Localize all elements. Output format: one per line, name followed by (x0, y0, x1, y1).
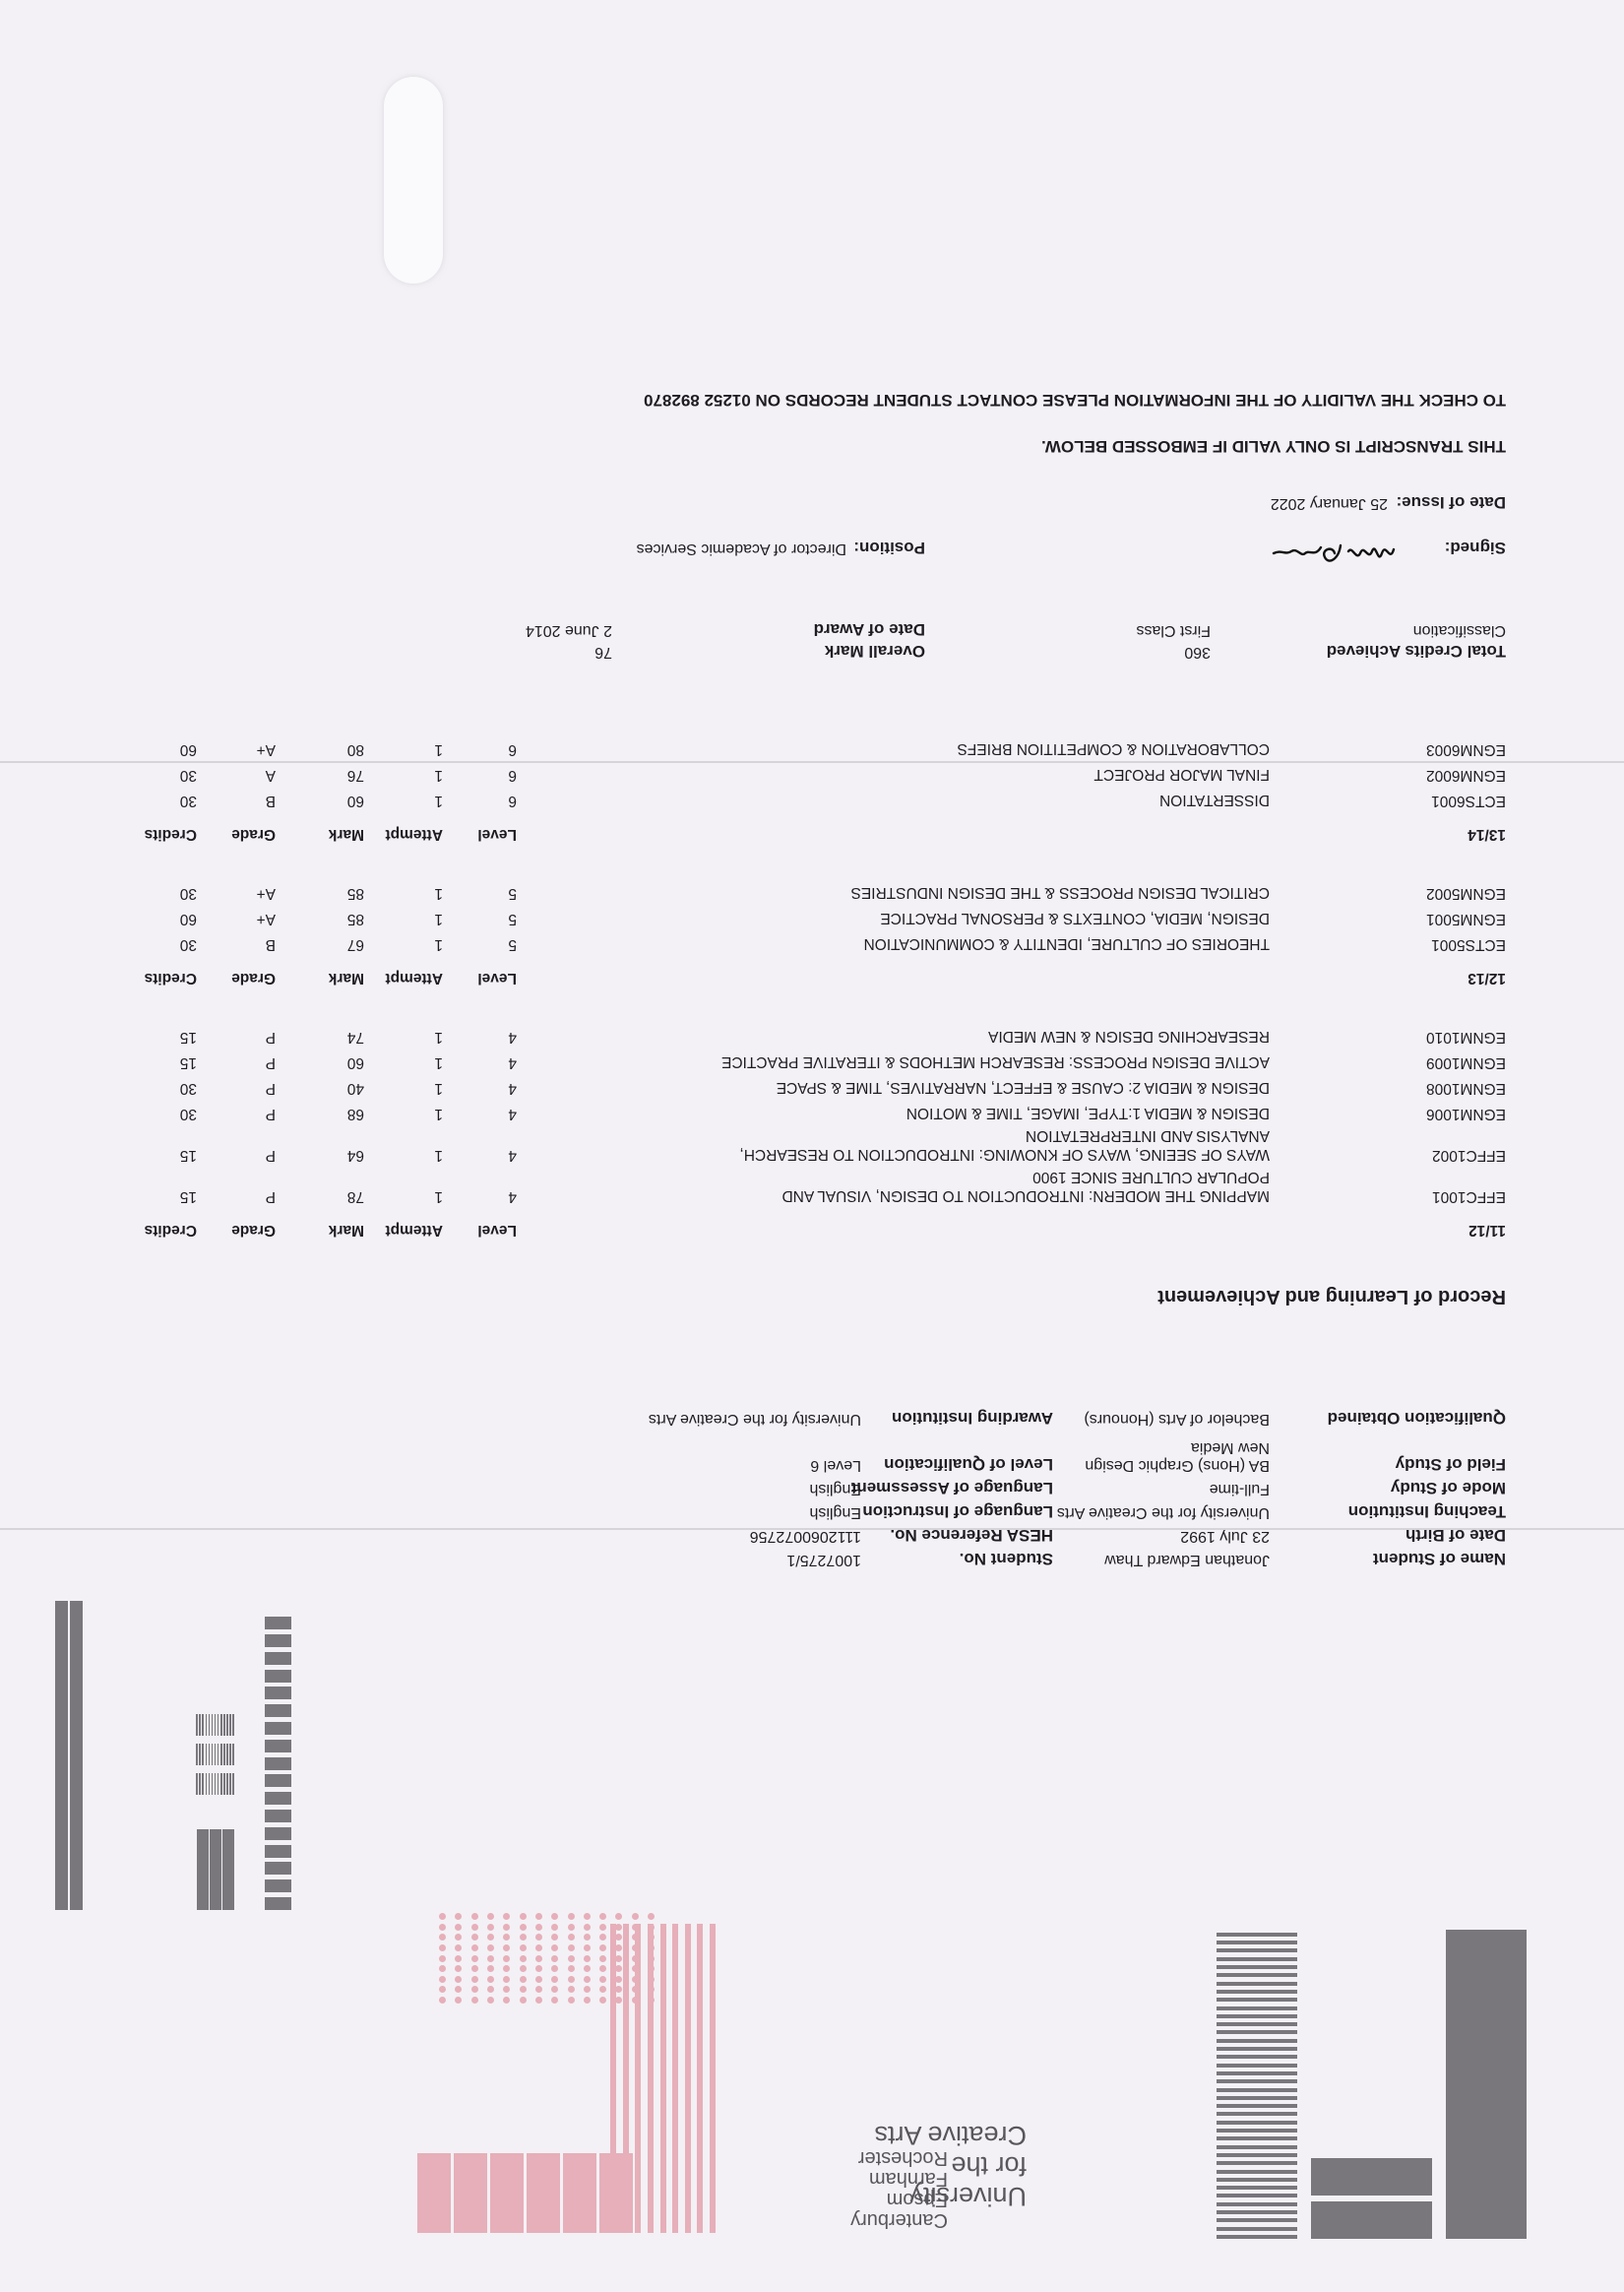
pink-block (454, 2153, 487, 2233)
pink-dot (648, 1997, 655, 2004)
stripe (223, 1714, 225, 1736)
module-title: DESIGN & MEDIA 2: CAUSE & EFFECT, NARRAT… (718, 1078, 1270, 1097)
pink-dot (648, 1986, 655, 1993)
module-grade: P (266, 1028, 276, 1046)
stripe (265, 1774, 291, 1787)
pink-dot-grid (430, 1910, 655, 2004)
pink-dot (551, 1997, 558, 2004)
pink-dot (599, 1934, 606, 1941)
pink-dot (520, 1913, 527, 1920)
module-grade: A (266, 766, 276, 784)
pink-dot (568, 1934, 575, 1941)
module-attempt: 1 (434, 884, 443, 902)
position: Director of Academic Services (637, 540, 846, 557)
pink-dot (584, 1997, 591, 2004)
pink-dot (439, 1997, 446, 2004)
module-code: EGNM5002 (1426, 884, 1506, 902)
module-attempt: 1 (434, 935, 443, 953)
signature-icon (1270, 532, 1398, 571)
awarding-label: Awarding Institution (892, 1408, 1053, 1428)
stripe (1217, 2195, 1297, 2198)
module-attempt: 1 (434, 740, 443, 758)
pink-dot (455, 1944, 462, 1951)
module-level: 4 (508, 1105, 517, 1122)
column-header: Grade (231, 825, 276, 843)
pink-dot (535, 1944, 542, 1951)
pink-block (490, 2153, 524, 2233)
column-header: Level (477, 1221, 517, 1239)
pink-dot (568, 1965, 575, 1972)
stripe (223, 1773, 225, 1795)
module-title: WAYS OF SEEING, WAYS OF KNOWING: INTRODU… (718, 1126, 1270, 1164)
pink-dot (551, 1913, 558, 1920)
module-mark: 60 (347, 792, 364, 809)
stripe (265, 1652, 291, 1665)
stripe (218, 1773, 219, 1795)
pink-dot (487, 1965, 494, 1972)
stripe (226, 1744, 228, 1765)
mode-of-study: Full-time (1210, 1480, 1270, 1497)
pink-dot (535, 1976, 542, 1983)
qualification-label: Qualification Obtained (1328, 1408, 1506, 1428)
stripe (1217, 1982, 1297, 1986)
module-code: EGNM1008 (1426, 1079, 1506, 1097)
pink-dot (487, 1976, 494, 1983)
pink-dot (439, 1976, 446, 1983)
logo-bar-short-1 (1311, 2201, 1432, 2239)
stripe (265, 1687, 291, 1699)
module-grade: B (266, 792, 276, 809)
stripe (265, 1722, 291, 1735)
pink-blocks (416, 2153, 633, 2233)
pink-dot (439, 1934, 446, 1941)
stripe (265, 1897, 291, 1910)
pink-dot (615, 1955, 622, 1962)
gray-bar-1 (70, 1601, 83, 1910)
stripe (215, 1773, 217, 1795)
level-label: Level of Qualification (884, 1454, 1053, 1474)
pink-dot (455, 1997, 462, 2004)
stripe (226, 1773, 228, 1795)
pink-dot (471, 1944, 478, 1951)
module-credits: 30 (180, 884, 197, 902)
stripe (232, 1744, 234, 1765)
classification: First Class (1136, 621, 1211, 639)
pink-dot (648, 1944, 655, 1951)
module-level: 5 (508, 935, 517, 953)
pink-dot (568, 1913, 575, 1920)
stripe (1217, 2079, 1297, 2083)
module-credits: 30 (180, 1079, 197, 1097)
module-credits: 30 (180, 766, 197, 784)
embossed-notice: THIS TRANSCRIPT IS ONLY VALID IF EMBOSSE… (1041, 436, 1506, 456)
module-code: EGNM6002 (1426, 766, 1506, 784)
pink-dot (503, 1913, 510, 1920)
stripe (202, 1714, 204, 1736)
module-title: DISSERTATION (718, 791, 1270, 809)
stripe (1217, 2022, 1297, 2026)
column-header: Mark (329, 969, 364, 987)
module-title: ACTIVE DESIGN PROCESS: RESEARCH METHODS … (718, 1052, 1270, 1071)
stripe (1217, 1990, 1297, 1994)
pink-dot (487, 1913, 494, 1920)
pink-dot (615, 1965, 622, 1972)
stripe (232, 1714, 234, 1736)
pink-dot (455, 1934, 462, 1941)
overall-mark-label: Overall Mark (825, 641, 925, 661)
stripe (1217, 2210, 1297, 2214)
pink-dot (535, 1986, 542, 1993)
pink-dot (599, 1997, 606, 2004)
pink-dot (632, 1934, 639, 1941)
pink-dot (599, 1913, 606, 1920)
position-label: Position: (853, 538, 925, 557)
module-level: 4 (508, 1028, 517, 1046)
pink-dot (455, 1986, 462, 1993)
stripe (265, 1634, 291, 1647)
stripe (199, 1714, 201, 1736)
module-level: 5 (508, 884, 517, 902)
pink-dot (503, 1965, 510, 1972)
student-details: Name of Student Jonathan Edward Thaw Stu… (226, 1371, 1506, 1568)
pink-dot (471, 1924, 478, 1931)
pink-dot (551, 1965, 558, 1972)
pink-dot (471, 1976, 478, 1983)
stripe (1217, 2121, 1297, 2125)
logo-bar-tall (1446, 1930, 1527, 2239)
stripe (1217, 2088, 1297, 2092)
stripe (1217, 2153, 1297, 2157)
instruction-lang-label: Language of Instruction (862, 1501, 1053, 1521)
pink-dot (487, 1955, 494, 1962)
module-grade: P (266, 1053, 276, 1071)
pink-dot (503, 1924, 510, 1931)
stripe (1217, 2064, 1297, 2068)
column-header: Level (477, 825, 517, 843)
stripe (1217, 2170, 1297, 2174)
module-attempt: 1 (434, 1187, 443, 1205)
stripe (206, 1773, 208, 1795)
module-code: EFFC1002 (1432, 1146, 1506, 1164)
pink-dot (487, 1986, 494, 1993)
module-credits: 15 (180, 1146, 197, 1164)
pink-dot (648, 1934, 655, 1941)
pink-dot (487, 1944, 494, 1951)
module-title: MAPPING THE MODERN: INTRODUCTION TO DESI… (718, 1168, 1270, 1205)
student-no-label: Student No. (960, 1549, 1053, 1568)
pink-dot (503, 1986, 510, 1993)
module-mark: 67 (347, 935, 364, 953)
total-credits-label: Total Credits Achieved (1327, 641, 1506, 661)
module-mark: 76 (347, 766, 364, 784)
date-award-label: Date of Award (814, 619, 925, 639)
pink-dot (632, 1965, 639, 1972)
pink-dot (503, 1997, 510, 2004)
gray-bar-2 (55, 1601, 68, 1910)
module-grade: A+ (257, 884, 276, 902)
gray-tick-blocks (195, 1657, 234, 1795)
module-mark: 85 (347, 884, 364, 902)
pink-dot (455, 1965, 462, 1972)
pink-block (563, 2153, 596, 2233)
stripe (215, 1714, 217, 1736)
pink-dot (455, 1913, 462, 1920)
pink-dot (615, 1944, 622, 1951)
pink-dot (503, 1934, 510, 1941)
pink-block (417, 2153, 451, 2233)
pink-dot (632, 1913, 639, 1920)
pink-dot (439, 1955, 446, 1962)
stripe (265, 1670, 291, 1683)
fold-line-lower (0, 1528, 1624, 1530)
pink-dot (599, 1924, 606, 1931)
module-mark: 64 (347, 1146, 364, 1164)
pink-dot (568, 1997, 575, 2004)
pink-dot (584, 1924, 591, 1931)
pink-dot (535, 1934, 542, 1941)
stripe (1217, 2113, 1297, 2117)
campus-farnham: Farnham (850, 2168, 948, 2189)
column-header: Credits (145, 1221, 197, 1239)
module-credits: 30 (180, 935, 197, 953)
pink-dot (520, 1986, 527, 1993)
stripe (1217, 2186, 1297, 2190)
pink-dot (439, 1965, 446, 1972)
pink-dot (568, 1944, 575, 1951)
module-credits: 30 (180, 792, 197, 809)
pink-dot (471, 1997, 478, 2004)
module-mark: 60 (347, 1053, 364, 1071)
column-header: Mark (329, 825, 364, 843)
module-mark: 74 (347, 1028, 364, 1046)
module-code: ECTS5001 (1431, 935, 1506, 953)
summary: Total Credits Achieved 360 Overall Mark … (226, 602, 1506, 661)
pink-dot (568, 1986, 575, 1993)
pink-dot (615, 1934, 622, 1941)
pink-dot (632, 1997, 639, 2004)
stripe (218, 1744, 219, 1765)
module-attempt: 1 (434, 1053, 443, 1071)
stripe (212, 1773, 214, 1795)
stripe (1217, 2129, 1297, 2133)
stripe (265, 1704, 291, 1717)
stripe (229, 1773, 231, 1795)
stripe (196, 1773, 198, 1795)
pink-dot (471, 1965, 478, 1972)
pink-dot (503, 1976, 510, 1983)
pink-dot (615, 1976, 622, 1983)
pink-dot (584, 1934, 591, 1941)
module-title: DESIGN & MEDIA 1:TYPE, IMAGE, TIME & MOT… (718, 1104, 1270, 1122)
module-grade: P (266, 1146, 276, 1164)
pink-dot (455, 1976, 462, 1983)
stripe (265, 1792, 291, 1805)
pink-dot (471, 1955, 478, 1962)
stripe (196, 1714, 198, 1736)
column-header: Mark (329, 1221, 364, 1239)
module-title: THEORIES OF CULTURE, IDENTITY & COMMUNIC… (718, 934, 1270, 953)
stripe (1217, 2145, 1297, 2149)
module-code: EGNM5001 (1426, 910, 1506, 927)
stripe (209, 1714, 211, 1736)
stripe (215, 1744, 217, 1765)
stripe (199, 1773, 201, 1795)
campus-epsom: Epsom (850, 2189, 948, 2209)
module-level: 4 (508, 1187, 517, 1205)
module-level: 4 (508, 1079, 517, 1097)
qualification: Bachelor of Arts (Honours) (1084, 1410, 1270, 1428)
pink-dot (487, 1924, 494, 1931)
pink-dot (551, 1924, 558, 1931)
stripe (232, 1773, 234, 1795)
module-credits: 15 (180, 1187, 197, 1205)
stripe (1217, 2039, 1297, 2043)
pink-dot (584, 1944, 591, 1951)
pink-dot (439, 1913, 446, 1920)
record-heading: Record of Learning and Achievement (1157, 1285, 1506, 1307)
pink-block (527, 2153, 560, 2233)
logo-bar-short-2 (1311, 2158, 1432, 2196)
pink-dot (615, 1913, 622, 1920)
contact-notice: TO CHECK THE VALIDITY OF THE INFORMATION… (644, 390, 1506, 410)
stripe (1217, 2178, 1297, 2182)
stripe (1217, 2136, 1297, 2140)
pink-dot (520, 1955, 527, 1962)
instruction-lang: English (810, 1503, 861, 1521)
module-title: FINAL MAJOR PROJECT (718, 765, 1270, 784)
logo-stripes (1217, 1930, 1297, 2239)
pink-dot (551, 1955, 558, 1962)
pink-dot (503, 1944, 510, 1951)
pink-dot (455, 1955, 462, 1962)
pink-dot (632, 1976, 639, 1983)
signed-label: Signed: (1445, 538, 1506, 557)
pink-dot (487, 1997, 494, 2004)
stripe (1217, 2161, 1297, 2165)
stripe (229, 1714, 231, 1736)
module-level: 5 (508, 910, 517, 927)
student-name: Jonathan Edward Thaw (1104, 1551, 1270, 1568)
pink-dot (535, 1997, 542, 2004)
pink-dot (471, 1986, 478, 1993)
pink-dot (568, 1976, 575, 1983)
stripe (220, 1744, 222, 1765)
name-label: Name of Student (1373, 1549, 1506, 1568)
module-mark: 85 (347, 910, 364, 927)
module-grade: P (266, 1187, 276, 1205)
column-header: Credits (145, 825, 197, 843)
stripe (660, 1924, 666, 2233)
gray-block-2 (210, 1829, 221, 1910)
stripe (265, 1827, 291, 1840)
column-header: Grade (231, 969, 276, 987)
assessment-lang: English (810, 1480, 861, 1497)
stripe (265, 1862, 291, 1875)
stripe (229, 1744, 231, 1765)
stripe (202, 1744, 204, 1765)
year-label: 13/14 (1468, 825, 1506, 843)
pink-dot (599, 1976, 606, 1983)
date-award: 2 June 2014 (526, 621, 612, 639)
pink-dot (439, 1924, 446, 1931)
stripe (1217, 2227, 1297, 2231)
stripe (265, 1757, 291, 1770)
stripe (218, 1714, 219, 1736)
module-attempt: 1 (434, 1105, 443, 1122)
stripe (202, 1773, 204, 1795)
module-attempt: 1 (434, 910, 443, 927)
pink-dot (648, 1976, 655, 1983)
stripe (265, 1740, 291, 1752)
pink-dot (520, 1976, 527, 1983)
pink-dot (648, 1965, 655, 1972)
pink-dot (632, 1955, 639, 1962)
stripe (226, 1714, 228, 1736)
stripe (1217, 2218, 1297, 2222)
stripe (265, 1617, 291, 1629)
stripe (1217, 2202, 1297, 2206)
stripe (1217, 1933, 1297, 1937)
total-credits: 360 (1184, 643, 1211, 661)
module-credits: 15 (180, 1028, 197, 1046)
stripe (1217, 2006, 1297, 2010)
date-issue-label: Date of Issue: (1397, 492, 1506, 512)
pink-dot (551, 1986, 558, 1993)
stripe (220, 1714, 222, 1736)
pink-dot (503, 1955, 510, 1962)
campus-canterbury: Canterbury (850, 2209, 948, 2230)
stripe (196, 1744, 198, 1765)
stripe (1217, 2047, 1297, 2051)
column-header: Level (477, 969, 517, 987)
module-title: CRITICAL DESIGN PROCESS & THE DESIGN IND… (718, 883, 1270, 902)
stripe (265, 1879, 291, 1892)
module-title: RESEARCHING DESIGN & NEW MEDIA (718, 1027, 1270, 1046)
classification-label: Classification (1413, 621, 1506, 639)
module-mark: 78 (347, 1187, 364, 1205)
stripe (685, 1924, 691, 2233)
pink-dot (599, 1965, 606, 1972)
pink-dot (551, 1934, 558, 1941)
module-grade: P (266, 1079, 276, 1097)
pink-dot (584, 1955, 591, 1962)
module-level: 4 (508, 1146, 517, 1164)
stripe (1217, 1949, 1297, 1953)
pink-dot (520, 1934, 527, 1941)
module-attempt: 1 (434, 1028, 443, 1046)
module-level: 4 (508, 1053, 517, 1071)
pink-dot (535, 1955, 542, 1962)
stripe (212, 1744, 214, 1765)
pink-dot (615, 1924, 622, 1931)
stripe (1217, 2031, 1297, 2035)
module-title: DESIGN, MEDIA, CONTEXTS & PERSONAL PRACT… (718, 909, 1270, 927)
field-line-1: BA (Hons) Graphic Design (1085, 1456, 1270, 1474)
pink-dot (551, 1976, 558, 1983)
pink-dot (520, 1924, 527, 1931)
pink-dot (584, 1913, 591, 1920)
column-header: Attempt (385, 969, 443, 987)
stripe (220, 1773, 222, 1795)
pink-dot (568, 1955, 575, 1962)
fold-line-upper (0, 761, 1624, 763)
column-header: Grade (231, 1221, 276, 1239)
stripe (1217, 2055, 1297, 2059)
pink-dot (568, 1924, 575, 1931)
module-mark: 40 (347, 1079, 364, 1097)
pink-dot (439, 1986, 446, 1993)
awarding-institution: University for the Creative Arts (649, 1410, 861, 1428)
